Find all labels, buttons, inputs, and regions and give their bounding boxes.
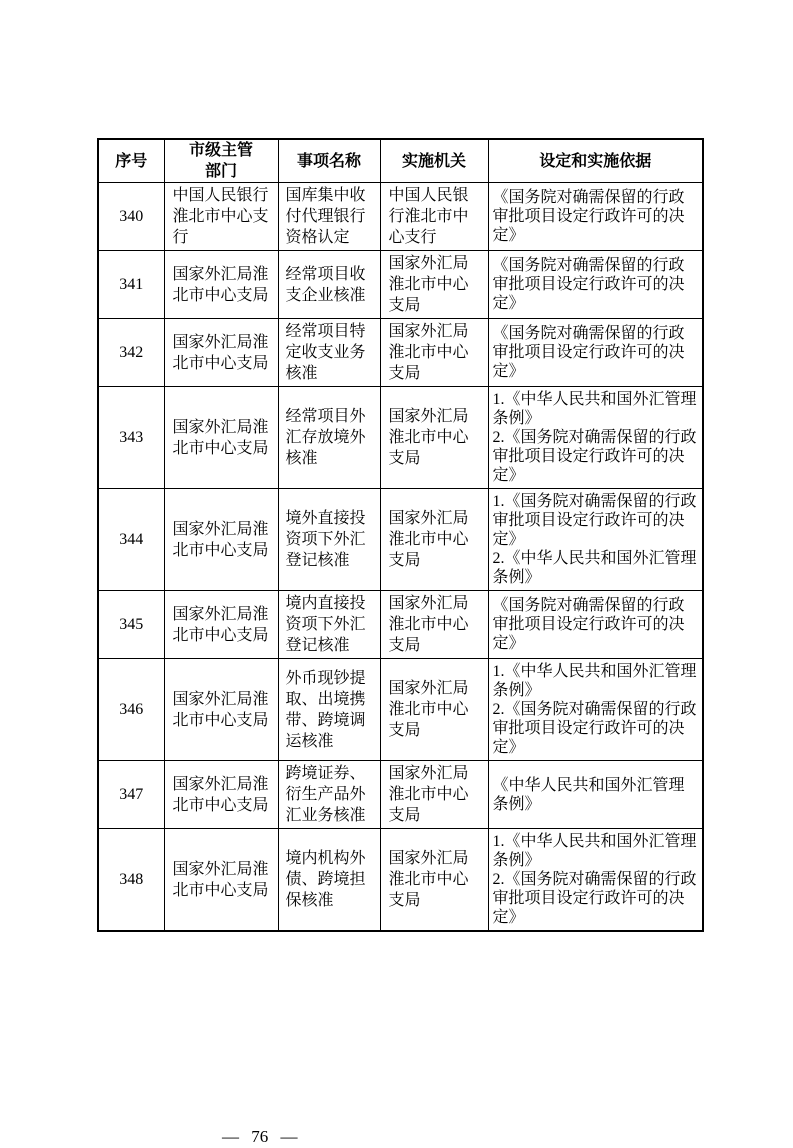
table-row: 344 国家外汇局淮北市中心支局 境外直接投资项下外汇登记核准 国家外汇局淮北市… xyxy=(98,489,703,591)
basis-entry: 2.《中华人民共和国外汇管理条例》 xyxy=(493,549,699,587)
basis-entry: 《国务院对确需保留的行政审批项目设定行政许可的决定》 xyxy=(493,596,699,653)
cell-implementing-agency: 中国人民银行淮北市中心支行 xyxy=(380,183,488,251)
basis-entry: 1.《中华人民共和国外汇管理条例》 xyxy=(493,390,699,428)
cell-item-name: 经常项目特定收支业务核准 xyxy=(278,319,380,387)
cell-legal-basis: 《国务院对确需保留的行政审批项目设定行政许可的决定》 xyxy=(488,591,703,659)
cell-municipal-department: 中国人民银行淮北市中心支行 xyxy=(164,183,278,251)
cell-implementing-agency: 国家外汇局淮北市中心支局 xyxy=(380,659,488,761)
cell-serial-number: 345 xyxy=(98,591,164,659)
header-legal-basis: 设定和实施依据 xyxy=(488,139,703,183)
cell-implementing-agency: 国家外汇局淮北市中心支局 xyxy=(380,387,488,489)
cell-implementing-agency: 国家外汇局淮北市中心支局 xyxy=(380,761,488,829)
cell-municipal-department: 国家外汇局淮北市中心支局 xyxy=(164,591,278,659)
cell-municipal-department: 国家外汇局淮北市中心支局 xyxy=(164,387,278,489)
cell-item-name: 国库集中收付代理银行资格认定 xyxy=(278,183,380,251)
cell-municipal-department: 国家外汇局淮北市中心支局 xyxy=(164,829,278,932)
table-header-row: 序号 市级主管部门 事项名称 实施机关 设定和实施依据 xyxy=(98,139,703,183)
cell-item-name: 境内机构外债、跨境担保核准 xyxy=(278,829,380,932)
table-row: 341 国家外汇局淮北市中心支局 经常项目收支企业核准 国家外汇局淮北市中心支局… xyxy=(98,251,703,319)
cell-municipal-department: 国家外汇局淮北市中心支局 xyxy=(164,319,278,387)
header-item-name: 事项名称 xyxy=(278,139,380,183)
cell-legal-basis: 《国务院对确需保留的行政审批项目设定行政许可的决定》 xyxy=(488,183,703,251)
basis-entry: 1.《中华人民共和国外汇管理条例》 xyxy=(493,832,699,870)
cell-serial-number: 347 xyxy=(98,761,164,829)
document-page-content: 序号 市级主管部门 事项名称 实施机关 设定和实施依据 340 中国人民银行淮北… xyxy=(97,138,702,932)
cell-serial-number: 342 xyxy=(98,319,164,387)
basis-entry: 《中华人民共和国外汇管理条例》 xyxy=(493,776,699,814)
cell-implementing-agency: 国家外汇局淮北市中心支局 xyxy=(380,591,488,659)
cell-legal-basis: 1.《国务院对确需保留的行政审批项目设定行政许可的决定》2.《中华人民共和国外汇… xyxy=(488,489,703,591)
header-item-name-label: 事项名称 xyxy=(297,153,361,170)
header-serial-number: 序号 xyxy=(98,139,164,183)
cell-serial-number: 341 xyxy=(98,251,164,319)
basis-entry: 2.《国务院对确需保留的行政审批项目设定行政许可的决定》 xyxy=(493,428,699,485)
cell-implementing-agency: 国家外汇局淮北市中心支局 xyxy=(380,319,488,387)
basis-entry: 《国务院对确需保留的行政审批项目设定行政许可的决定》 xyxy=(493,256,699,313)
cell-legal-basis: 1.《中华人民共和国外汇管理条例》2.《国务院对确需保留的行政审批项目设定行政许… xyxy=(488,659,703,761)
cell-implementing-agency: 国家外汇局淮北市中心支局 xyxy=(380,489,488,591)
approval-items-table: 序号 市级主管部门 事项名称 实施机关 设定和实施依据 340 中国人民银行淮北… xyxy=(97,138,704,932)
table-row: 348 国家外汇局淮北市中心支局 境内机构外债、跨境担保核准 国家外汇局淮北市中… xyxy=(98,829,703,932)
cell-legal-basis: 《中华人民共和国外汇管理条例》 xyxy=(488,761,703,829)
header-municipal-department: 市级主管部门 xyxy=(164,139,278,183)
page-number: — 76 — xyxy=(222,1126,298,1148)
table-body: 340 中国人民银行淮北市中心支行 国库集中收付代理银行资格认定 中国人民银行淮… xyxy=(98,183,703,932)
basis-entry: 《国务院对确需保留的行政审批项目设定行政许可的决定》 xyxy=(493,188,699,245)
table-row: 343 国家外汇局淮北市中心支局 经常项目外汇存放境外核准 国家外汇局淮北市中心… xyxy=(98,387,703,489)
cell-serial-number: 344 xyxy=(98,489,164,591)
table-row: 346 国家外汇局淮北市中心支局 外币现钞提取、出境携带、跨境调运核准 国家外汇… xyxy=(98,659,703,761)
cell-municipal-department: 国家外汇局淮北市中心支局 xyxy=(164,761,278,829)
cell-municipal-department: 国家外汇局淮北市中心支局 xyxy=(164,659,278,761)
cell-serial-number: 343 xyxy=(98,387,164,489)
header-serial-number-label: 序号 xyxy=(115,153,147,170)
cell-legal-basis: 1.《中华人民共和国外汇管理条例》2.《国务院对确需保留的行政审批项目设定行政许… xyxy=(488,387,703,489)
basis-entry: 2.《国务院对确需保留的行政审批项目设定行政许可的决定》 xyxy=(493,700,699,757)
cell-item-name: 境内直接投资项下外汇登记核准 xyxy=(278,591,380,659)
cell-item-name: 外币现钞提取、出境携带、跨境调运核准 xyxy=(278,659,380,761)
header-implementing-agency: 实施机关 xyxy=(380,139,488,183)
cell-item-name: 经常项目外汇存放境外核准 xyxy=(278,387,380,489)
cell-item-name: 跨境证券、衍生产品外汇业务核准 xyxy=(278,761,380,829)
table-row: 340 中国人民银行淮北市中心支行 国库集中收付代理银行资格认定 中国人民银行淮… xyxy=(98,183,703,251)
cell-serial-number: 340 xyxy=(98,183,164,251)
cell-legal-basis: 《国务院对确需保留的行政审批项目设定行政许可的决定》 xyxy=(488,251,703,319)
basis-entry: 1.《中华人民共和国外汇管理条例》 xyxy=(493,662,699,700)
header-municipal-department-label: 市级主管部门 xyxy=(187,140,255,182)
header-legal-basis-label: 设定和实施依据 xyxy=(539,153,651,170)
cell-municipal-department: 国家外汇局淮北市中心支局 xyxy=(164,489,278,591)
cell-item-name: 经常项目收支企业核准 xyxy=(278,251,380,319)
table-row: 347 国家外汇局淮北市中心支局 跨境证券、衍生产品外汇业务核准 国家外汇局淮北… xyxy=(98,761,703,829)
cell-serial-number: 346 xyxy=(98,659,164,761)
basis-entry: 2.《国务院对确需保留的行政审批项目设定行政许可的决定》 xyxy=(493,870,699,927)
cell-item-name: 境外直接投资项下外汇登记核准 xyxy=(278,489,380,591)
cell-legal-basis: 1.《中华人民共和国外汇管理条例》2.《国务院对确需保留的行政审批项目设定行政许… xyxy=(488,829,703,932)
cell-implementing-agency: 国家外汇局淮北市中心支局 xyxy=(380,251,488,319)
table-row: 342 国家外汇局淮北市中心支局 经常项目特定收支业务核准 国家外汇局淮北市中心… xyxy=(98,319,703,387)
basis-entry: 1.《国务院对确需保留的行政审批项目设定行政许可的决定》 xyxy=(493,492,699,549)
table-row: 345 国家外汇局淮北市中心支局 境内直接投资项下外汇登记核准 国家外汇局淮北市… xyxy=(98,591,703,659)
cell-legal-basis: 《国务院对确需保留的行政审批项目设定行政许可的决定》 xyxy=(488,319,703,387)
cell-municipal-department: 国家外汇局淮北市中心支局 xyxy=(164,251,278,319)
cell-implementing-agency: 国家外汇局淮北市中心支局 xyxy=(380,829,488,932)
header-implementing-agency-label: 实施机关 xyxy=(402,153,466,170)
cell-serial-number: 348 xyxy=(98,829,164,932)
basis-entry: 《国务院对确需保留的行政审批项目设定行政许可的决定》 xyxy=(493,324,699,381)
